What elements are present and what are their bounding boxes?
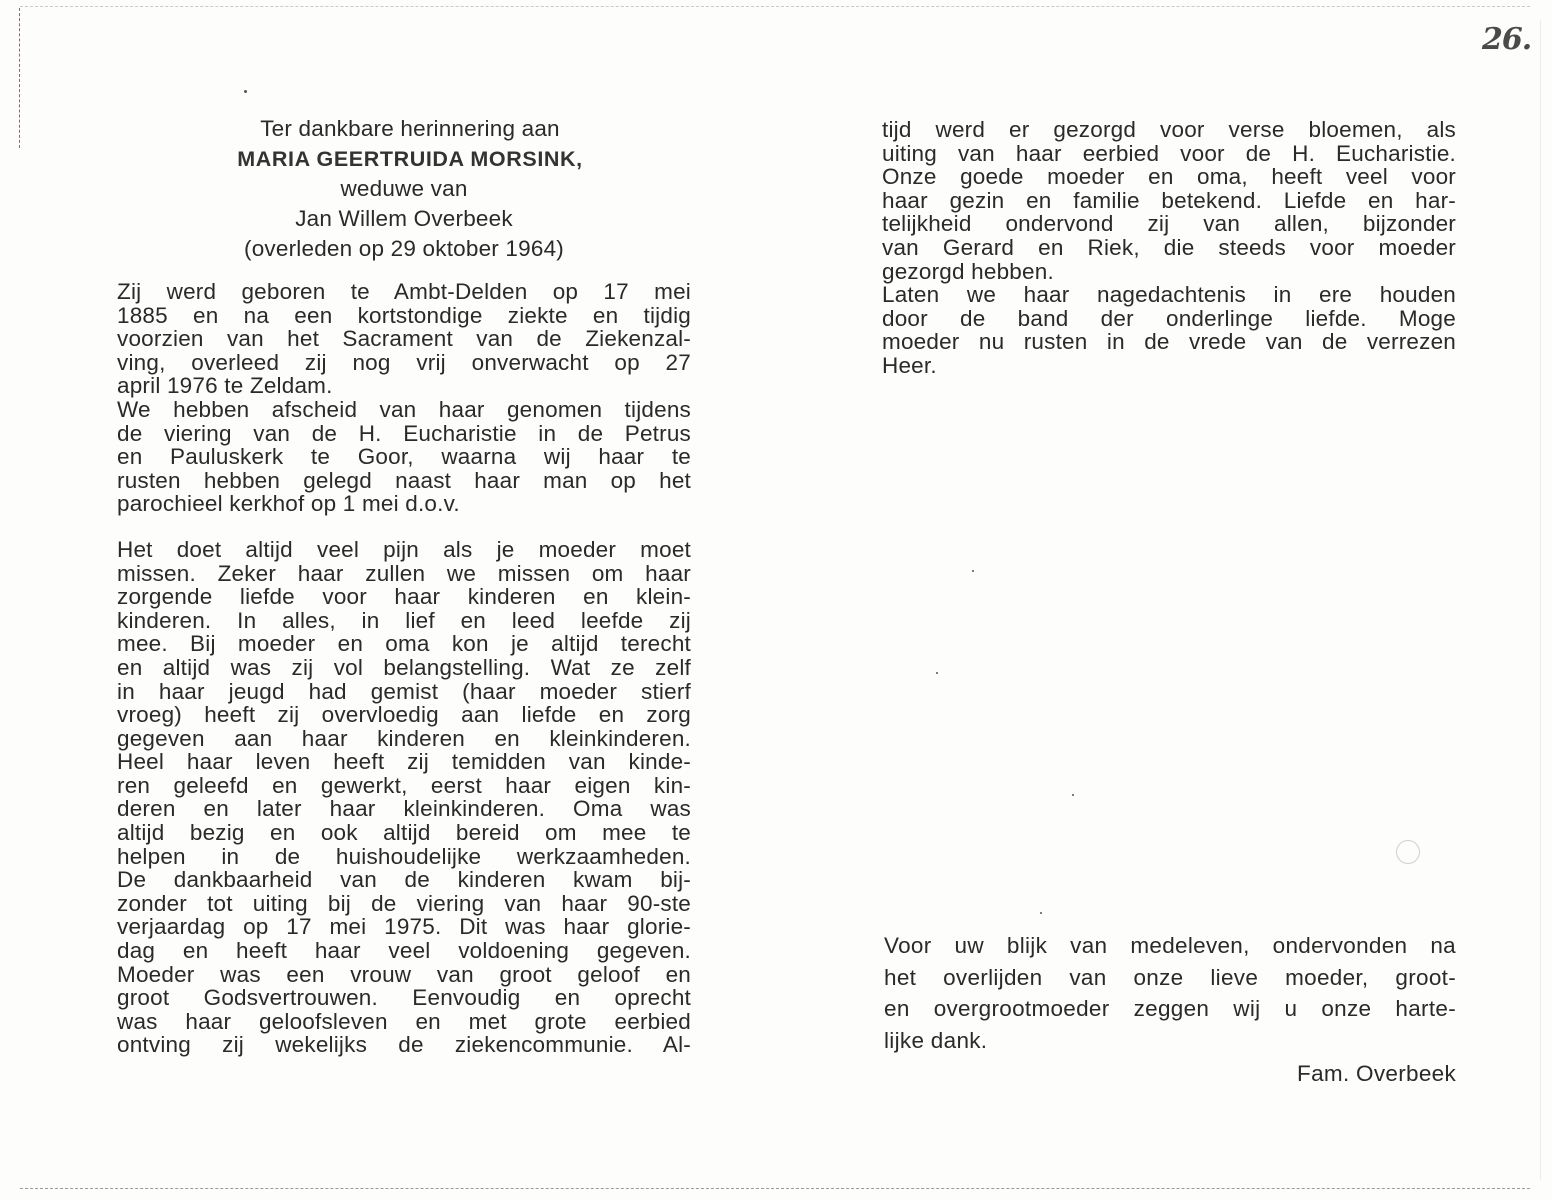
dust-speck (244, 90, 247, 93)
text-line: gegeven aan haar kinderen en kleinkinder… (117, 727, 691, 751)
text-line: vroeg) heeft zij overvloedig aan liefde … (117, 703, 691, 727)
text-line: en altijd was zij vol belangstelling. Wa… (117, 656, 691, 680)
text-line: We hebben afscheid van haar genomen tijd… (117, 398, 691, 422)
deceased-name: MARIA GEERTRUIDA MORSINK, (129, 144, 691, 174)
text-line: missen. Zeker haar zullen we missen om h… (117, 562, 691, 586)
text-line: tijd werd er gezorgd voor verse bloemen,… (882, 118, 1456, 142)
text-line: ving, overleed zij nog vrij onverwacht o… (117, 351, 691, 375)
text-line: Heel haar leven heeft zij temidden van k… (117, 750, 691, 774)
text-line: moeder nu rusten in de vrede van de verr… (882, 330, 1456, 354)
text-line: Zij werd geboren te Ambt-Delden op 17 me… (117, 280, 691, 304)
husband-name: Jan Willem Overbeek (117, 204, 691, 234)
dust-speck (1072, 794, 1074, 796)
biography-paragraph: Zij werd geboren te Ambt-Delden op 17 me… (117, 280, 691, 398)
text-line: van Gerard en Riek, die steeds voor moed… (882, 236, 1456, 260)
dedication-intro: Ter dankbare herinnering aan (129, 114, 691, 144)
text-line: de viering van de H. Eucharistie in de P… (117, 422, 691, 446)
handwritten-page-number: 26. (1482, 22, 1531, 57)
text-line: De dankbaarheid van de kinderen kwam bij… (117, 868, 691, 892)
text-line: Heer. (882, 354, 1456, 378)
text-line: mee. Bij moeder en oma kon je altijd ter… (117, 632, 691, 656)
text-line: door de band der onderlinge liefde. Moge (882, 307, 1456, 331)
scan-border-bottom (20, 1188, 1530, 1189)
dust-speck (936, 672, 938, 674)
text-line: verjaardag op 17 mei 1975. Dit was haar … (117, 915, 691, 939)
text-line: lijke dank. (884, 1025, 1456, 1057)
text-line: voorzien van het Sacrament van de Zieken… (117, 327, 691, 351)
dust-speck (1040, 912, 1042, 914)
punch-hole-mark (1396, 840, 1420, 864)
text-line: 1885 en na een kortstondige ziekte en ti… (117, 304, 691, 328)
right-column: tijd werd er gezorgd voor verse bloemen,… (882, 118, 1456, 378)
text-line: Het doet altijd veel pijn als je moeder … (117, 538, 691, 562)
thanks-note: Voor uw blijk van medeleven, ondervonden… (884, 930, 1456, 1090)
text-line: gezorgd hebben. (882, 260, 1456, 284)
scan-border-top (20, 6, 1530, 7)
text-line: Onze goede moeder en oma, heeft veel voo… (882, 165, 1456, 189)
continuation-paragraph: tijd werd er gezorgd voor verse bloemen,… (882, 118, 1456, 283)
text-line: kinderen. In alles, in lief en leed leef… (117, 609, 691, 633)
scan-border-left (19, 8, 20, 148)
text-line: deren en later haar kleinkinderen. Oma w… (117, 797, 691, 821)
funeral-paragraph: We hebben afscheid van haar genomen tijd… (117, 398, 691, 516)
family-signature: Fam. Overbeek (884, 1058, 1456, 1090)
text-line: haar gezin en familie betekend. Liefde e… (882, 189, 1456, 213)
text-line: groot Godsvertrouwen. Eenvoudig en oprec… (117, 986, 691, 1010)
text-line: parochieel kerkhof op 1 mei d.o.v. (117, 492, 691, 516)
text-line: en overgrootmoeder zeggen wij u onze har… (884, 993, 1456, 1025)
text-line: ren geleefd en gewerkt, eerst haar eigen… (117, 774, 691, 798)
text-line: in haar jeugd had gemist (haar moeder st… (117, 680, 691, 704)
text-line: uiting van haar eerbied voor de H. Eucha… (882, 142, 1456, 166)
closing-paragraph: Laten we haar nagedachtenis in ere houde… (882, 283, 1456, 377)
text-line: april 1976 te Zeldam. (117, 374, 691, 398)
text-line: altijd bezig en ook altijd bereid om mee… (117, 821, 691, 845)
text-line: ontving zij wekelijks de ziekencommunie.… (117, 1033, 691, 1057)
text-line: helpen in de huishoudelijke werkzaamhede… (117, 845, 691, 869)
text-line: en Pauluskerk te Goor, waarna wij haar t… (117, 445, 691, 469)
text-line: het overlijden van onze lieve moeder, gr… (884, 962, 1456, 994)
card-header: Ter dankbare herinnering aan MARIA GEERT… (117, 114, 691, 264)
text-line: dag en heeft haar veel voldoening gegeve… (117, 939, 691, 963)
text-line: telijkheid ondervond zij van allen, bijz… (882, 212, 1456, 236)
scan-border-right (1540, 20, 1541, 1180)
dust-speck (972, 570, 974, 572)
text-line: zorgende liefde voor haar kinderen en kl… (117, 585, 691, 609)
text-line: Moeder was een vrouw van groot geloof en (117, 963, 691, 987)
left-column: Ter dankbare herinnering aan MARIA GEERT… (117, 114, 691, 1057)
text-line: zonder tot uiting bij de viering van haa… (117, 892, 691, 916)
text-line: was haar geloofsleven en met grote eerbi… (117, 1010, 691, 1034)
text-line: Laten we haar nagedachtenis in ere houde… (882, 283, 1456, 307)
text-line: rusten hebben gelegd naast haar man op h… (117, 469, 691, 493)
husband-death-date: (overleden op 29 oktober 1964) (117, 234, 691, 264)
widow-of-label: weduwe van (117, 174, 691, 204)
remembrance-paragraph: Het doet altijd veel pijn als je moeder … (117, 538, 691, 1057)
text-line: Voor uw blijk van medeleven, ondervonden… (884, 930, 1456, 962)
